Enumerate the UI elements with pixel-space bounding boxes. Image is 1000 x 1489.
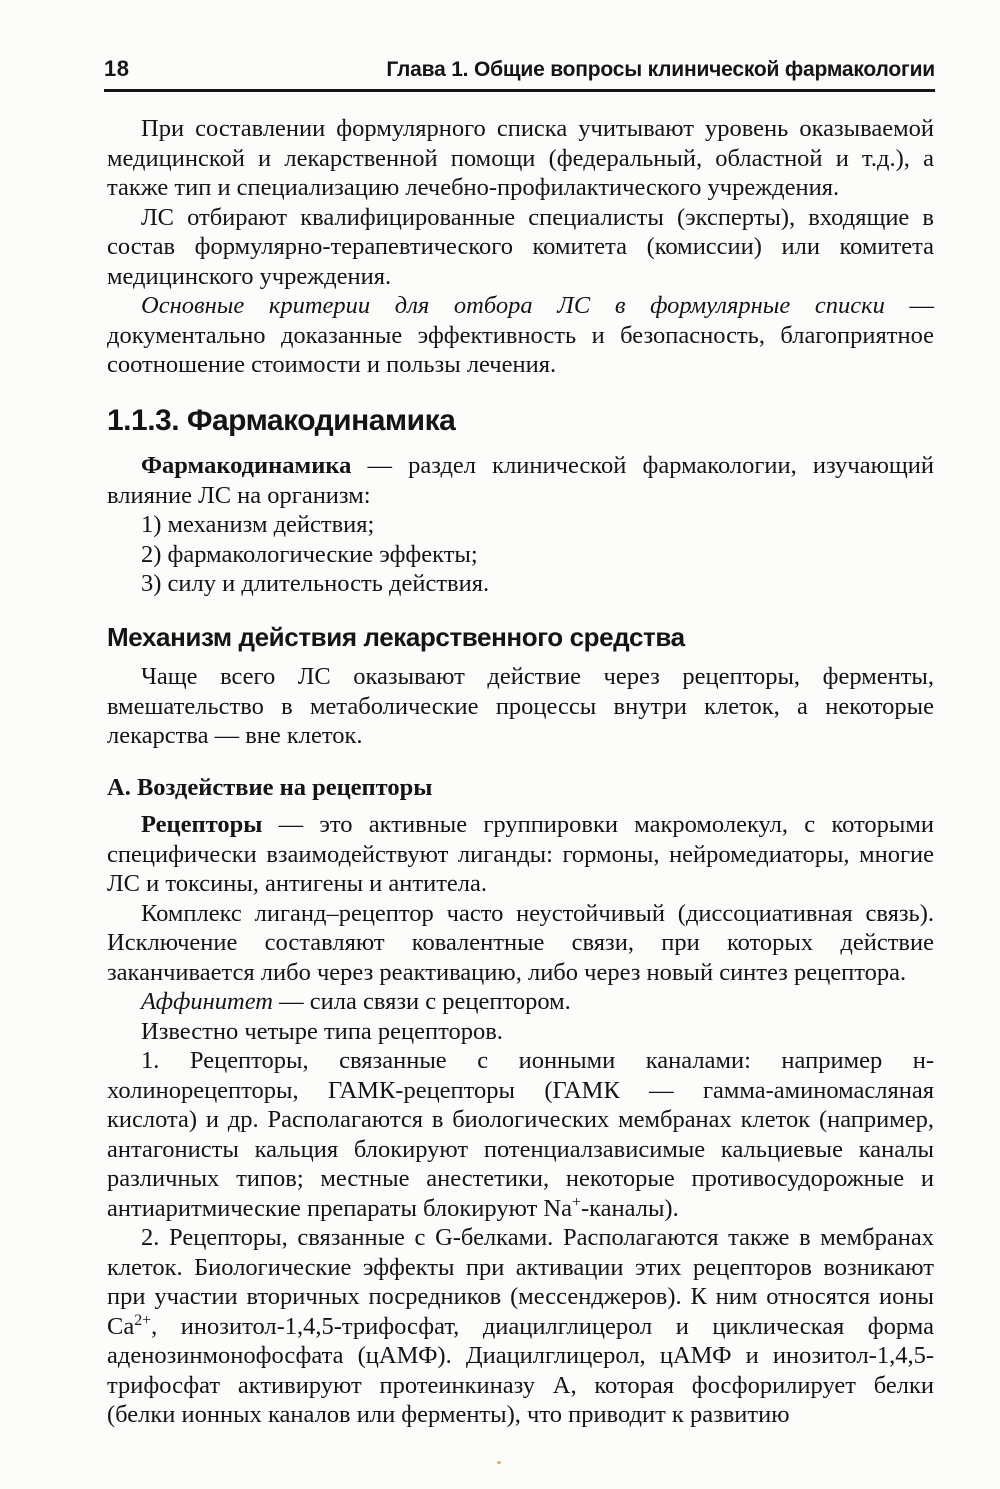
list-item-effects: 2) фармакологические эффекты; [107, 540, 934, 570]
lettered-heading-receptors: А. Воздействие на рецепторы [107, 773, 934, 803]
chapter-title: Глава 1. Общие вопросы клинической фарма… [386, 58, 935, 82]
type1-text-before-sup: 1. Рецепторы, связанные с ионными канала… [107, 1047, 934, 1222]
pharmacodynamics-bold-lead: Фармакодинамика [141, 452, 351, 479]
paragraph-receptor-type-2: 2. Рецепторы, связанные с G-белками. Рас… [107, 1223, 934, 1430]
criteria-italic-lead: Основные критерии для отбора ЛС в формул… [141, 292, 885, 319]
sodium-superscript: + [572, 1193, 581, 1210]
pharmacodynamics-list: 1) механизм действия; 2) фармакологическ… [107, 510, 934, 599]
paragraph-formulary-criteria: Основные критерии для отбора ЛС в формул… [107, 291, 934, 380]
list-item-duration: 3) силу и длительность действия. [107, 569, 934, 599]
type1-text-after-sup: -каналы). [581, 1195, 679, 1222]
paragraph-affinity: Аффинитет — сила связи с рецептором. [107, 987, 934, 1017]
list-item-mechanism: 1) механизм действия; [107, 510, 934, 540]
affinity-italic-lead: Аффинитет [141, 988, 273, 1015]
paragraph-ligand-complex: Комплекс лиганд–рецептор часто неустойчи… [107, 899, 934, 988]
affinity-rest: — сила связи с рецептором. [273, 988, 571, 1015]
page-number: 18 [104, 56, 129, 82]
book-page: 18 Глава 1. Общие вопросы клинической фа… [0, 0, 1000, 1489]
paragraph-receptor-type-1: 1. Рецепторы, связанные с ионными канала… [107, 1046, 934, 1223]
paragraph-receptors-definition: Рецепторы — это активные группировки мак… [107, 810, 934, 899]
paragraph-mechanism-overview: Чаще всего ЛС оказывают действие через р… [107, 662, 934, 751]
receptors-bold-lead: Рецепторы [141, 811, 262, 838]
sub-heading-mechanism: Механизм действия лекарственного средств… [107, 623, 934, 653]
paragraph-pharmacodynamics-definition: Фармакодинамика — раздел клинической фар… [107, 451, 934, 510]
section-heading-pharmacodynamics: 1.1.3. Фармакодинамика [107, 406, 934, 436]
paragraph-formulary-level: При составлении формулярного списка учит… [107, 114, 934, 203]
paragraph-formulary-experts: ЛС отбирают квалифицированные специалист… [107, 203, 934, 292]
paragraph-four-types: Известно четыре типа рецепторов. [107, 1017, 934, 1047]
scan-speck [497, 1461, 501, 1464]
running-header: 18 Глава 1. Общие вопросы клинической фа… [104, 0, 935, 92]
calcium-superscript: 2+ [134, 1311, 151, 1328]
type2-text-after-sup: , инозитол-1,4,5-трифосфат, диацилглицер… [107, 1313, 934, 1429]
page-content: При составлении формулярного списка учит… [107, 92, 934, 1430]
